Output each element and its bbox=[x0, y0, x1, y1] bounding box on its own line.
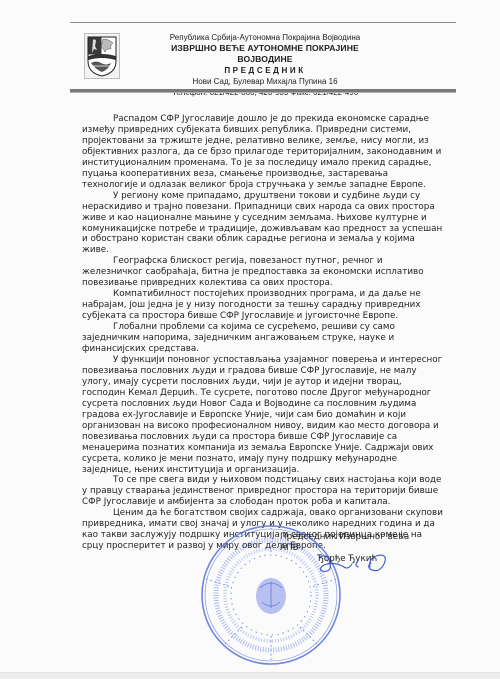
letterhead-address: Нови Сад, Булевар Михајла Пупина 16 bbox=[150, 76, 380, 87]
vojvodina-coat-of-arms-icon bbox=[84, 33, 120, 79]
letterhead-office-title: ПРЕДСЕДНИК bbox=[150, 65, 380, 76]
letterhead-top-rule bbox=[70, 22, 456, 23]
body-paragraph: Географска блискост регија, повезаност п… bbox=[82, 256, 444, 289]
handwritten-signature-icon bbox=[318, 553, 388, 581]
letterhead-republic-line: Република Србија-Аутономна Покрајина Вој… bbox=[150, 32, 380, 43]
body-paragraph: У функцији поновног успостављања узајамн… bbox=[82, 355, 444, 475]
letter-body: Распадом СФР Југославије дошло је до пре… bbox=[82, 114, 444, 552]
body-paragraph: Компатибилност постојећих производних пр… bbox=[82, 289, 444, 322]
body-paragraph: Распадом СФР Југославије дошло је до пре… bbox=[82, 114, 444, 191]
page-bottom-edge bbox=[0, 672, 500, 679]
document-page: Република Србија-Аутономна Покрајина Вој… bbox=[0, 0, 500, 672]
letterhead-bottom-rule bbox=[70, 89, 456, 93]
body-paragraph: Глобални проблеми са којима се сусрећемо… bbox=[82, 322, 444, 355]
signatory-title: Председник Извршног већа АПВ bbox=[280, 532, 430, 554]
body-paragraph: То се пре свега види у њиховом подстицањ… bbox=[82, 475, 444, 508]
letterhead-institution-line: ИЗВРШНО ВЕЋЕ АУТОНОМНЕ ПОКРАЈИНЕ ВОЈВОДИ… bbox=[150, 43, 380, 65]
body-paragraph: У региону коме припадамо, друштвени токо… bbox=[82, 191, 444, 257]
